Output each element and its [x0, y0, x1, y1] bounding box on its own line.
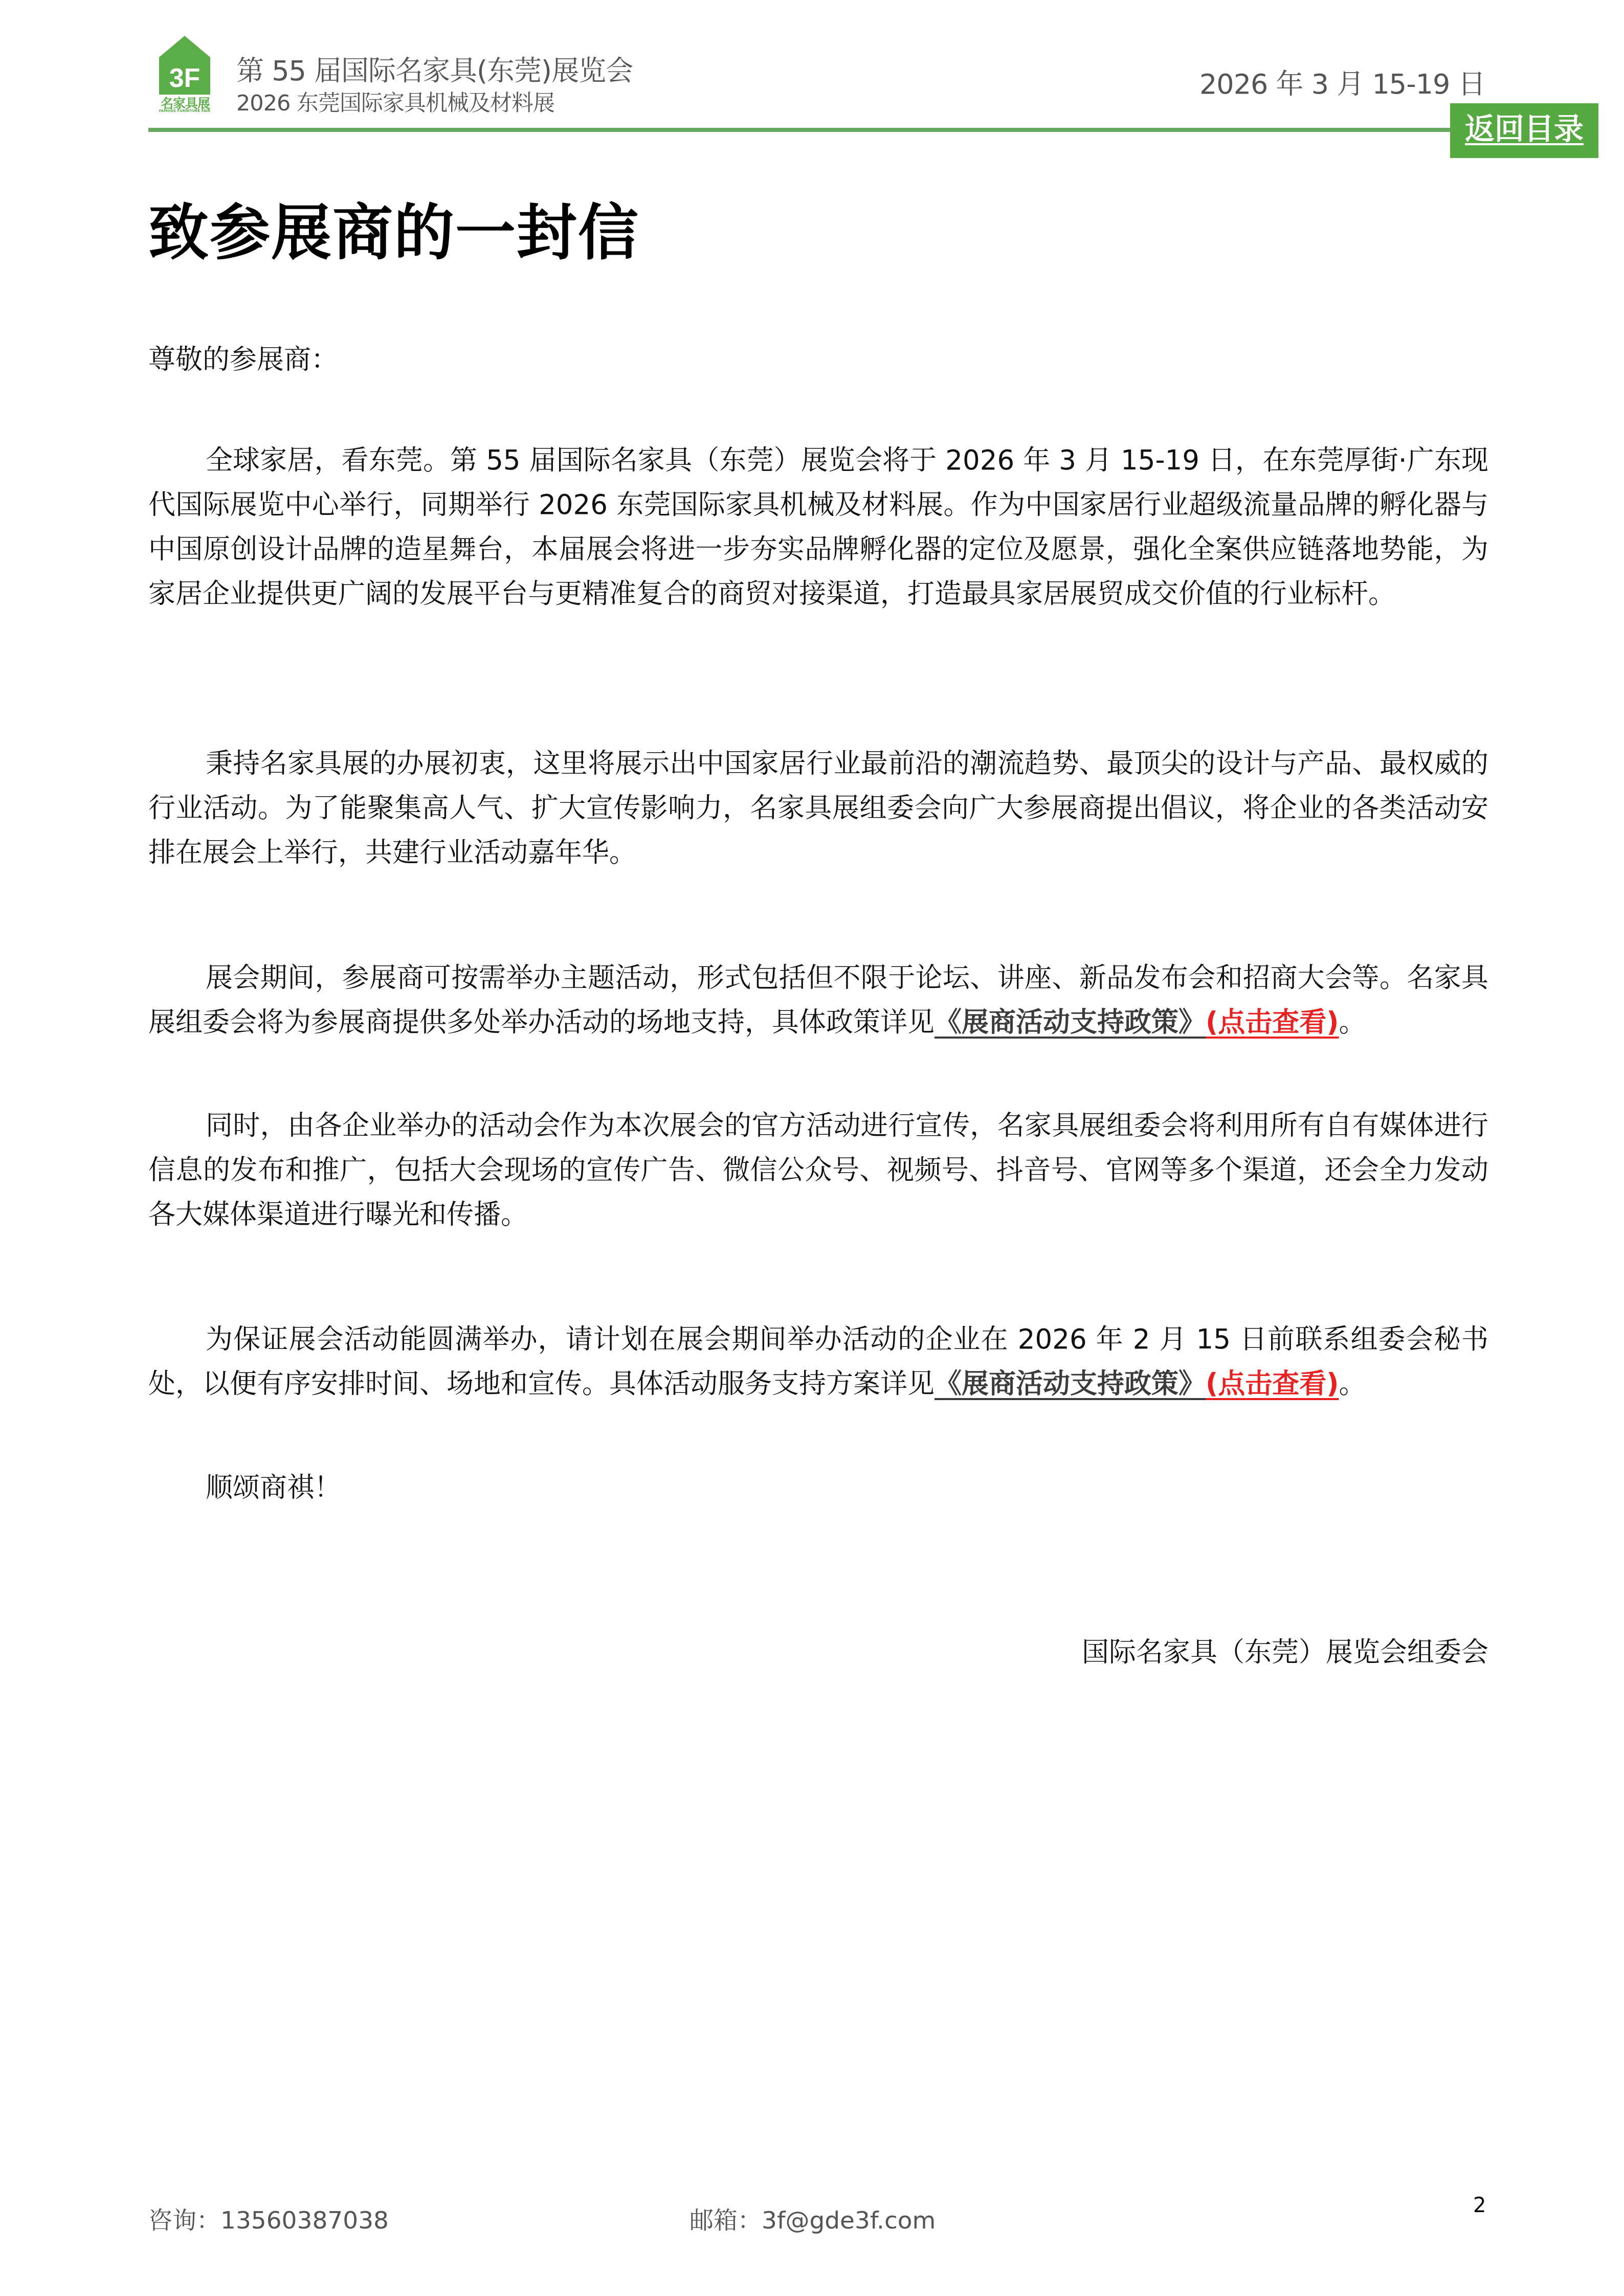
- fair-date: 2026 年 3 月 15-19 日: [1199, 62, 1485, 102]
- back-to-toc-button[interactable]: 返回目录: [1450, 103, 1598, 158]
- paragraph-3-end: 。: [1339, 1007, 1366, 1038]
- back-to-toc-label: 返回目录: [1465, 111, 1584, 146]
- letter-title: 致参展商的一封信: [148, 184, 639, 271]
- view-policy-link[interactable]: (点击查看): [1206, 1368, 1339, 1400]
- paragraph-1: 全球家居，看东莞。第 55 届国际名家具（东莞）展览会将于 2026 年 3 月…: [148, 438, 1488, 616]
- policy-link[interactable]: 《展商活动支持政策》: [935, 1368, 1206, 1400]
- letter-signature: 国际名家具（东莞）展览会组委会: [1082, 1630, 1488, 1675]
- footer-phone: 咨询：13560387038: [148, 2201, 389, 2236]
- paragraph-2: 秉持名家具展的办展初衷，这里将展示出中国家居行业最前沿的潮流趋势、最顶尖的设计与…: [148, 741, 1488, 875]
- letter-greeting: 尊敬的参展商：: [148, 337, 1488, 382]
- logo-name-en: FAMOUS FURNITURE FAIR: [156, 109, 213, 113]
- paragraph-5-end: 。: [1339, 1368, 1366, 1400]
- policy-link[interactable]: 《展商活动支持政策》: [935, 1007, 1206, 1038]
- letter-closing: 顺颂商祺！: [148, 1466, 1488, 1510]
- footer-email: 邮箱：3f@gde3f.com: [689, 2201, 936, 2236]
- paragraph-4: 同时，由各企业举办的活动会作为本次展会的官方活动进行宣传，名家具展组委会将利用所…: [148, 1104, 1488, 1237]
- page-number: 2: [1473, 2194, 1486, 2217]
- fair-subtitle: 2026 东莞国际家具机械及材料展: [236, 86, 554, 117]
- view-policy-link[interactable]: (点击查看): [1206, 1007, 1339, 1038]
- fair-logo: 3F 名家具展 FAMOUS FURNITURE FAIR: [156, 36, 213, 118]
- house-logo-icon: 3F: [159, 36, 210, 95]
- fair-title: 第 55 届国际名家具(东莞)展览会: [236, 49, 633, 88]
- header-divider: [148, 128, 1458, 132]
- paragraph-3: 展会期间，参展商可按需举办主题活动，形式包括但不限于论坛、讲座、新品发布会和招商…: [148, 956, 1488, 1045]
- paragraph-5: 为保证展会活动能圆满举办，请计划在展会期间举办活动的企业在 2026 年 2 月…: [148, 1317, 1488, 1406]
- svg-text:3F: 3F: [169, 63, 201, 93]
